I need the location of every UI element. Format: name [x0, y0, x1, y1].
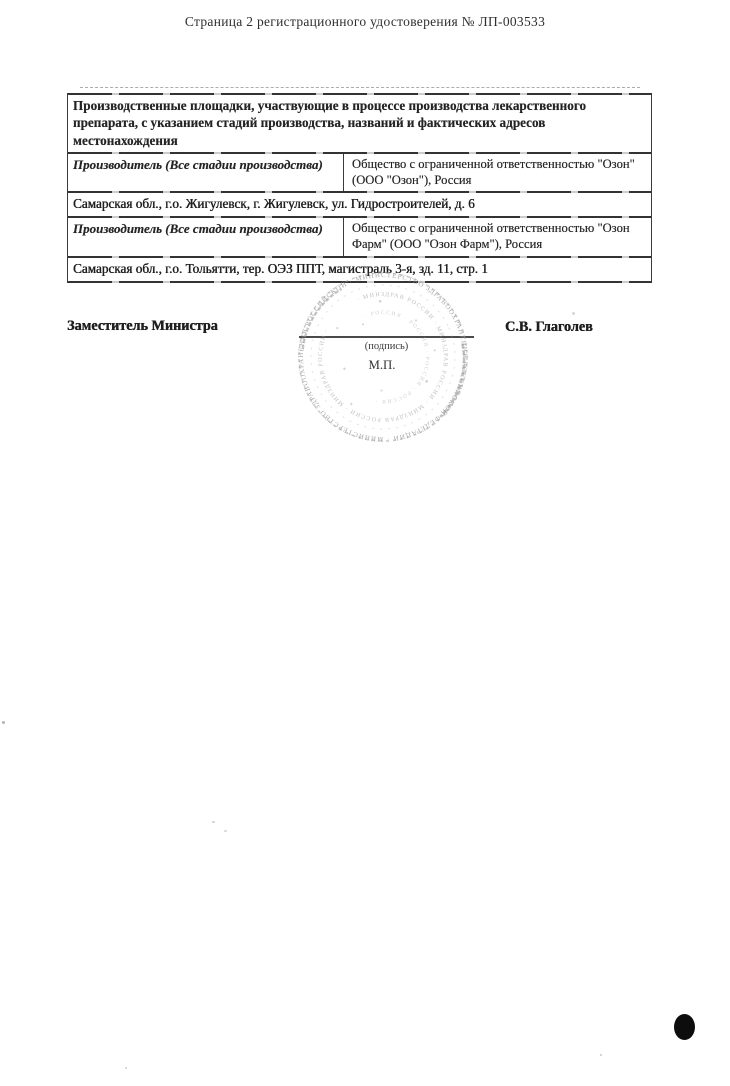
- table-row-address-1: Самарская обл., г.о. Жигулевск, г. Жигул…: [68, 193, 651, 216]
- production-sites-table: Производственные площадки, участвующие в…: [67, 93, 652, 283]
- scan-artifact-dashed-rule: [80, 87, 640, 88]
- scan-noise-speck: [2, 721, 5, 724]
- table-row-producer-1: Производитель (Все стадии производства) …: [68, 154, 651, 191]
- stamp-middle-border: [288, 262, 478, 452]
- page-header-line: Страница 2 регистрационного удостоверени…: [0, 14, 730, 30]
- punch-hole-mark: [674, 1014, 695, 1040]
- stamp-outer-border: [283, 257, 483, 457]
- signatory-name: С.В. Глаголев: [505, 319, 593, 336]
- producer-value-cell: Общество с ограниченной ответственностью…: [344, 218, 651, 255]
- scan-noise-speck: [125, 1067, 127, 1069]
- producer-label-cell: Производитель (Все стадии производства): [68, 218, 344, 255]
- scan-noise-speck: [212, 821, 215, 823]
- round-stamp-imprint: · МИНИСТЕРСТВО ЗДРАВООХРАНЕНИЯ РОССИЙСКО…: [283, 257, 483, 457]
- scan-noise-speck: [572, 312, 575, 315]
- scanned-document-page: { "page_header": { "text": "Страница 2 р…: [0, 0, 730, 1086]
- table-row-producer-2: Производитель (Все стадии производства) …: [68, 218, 651, 255]
- scan-noise-speck: [600, 1054, 602, 1056]
- producer-label-cell: Производитель (Все стадии производства): [68, 154, 344, 191]
- stamp-ring-text-outer: · МИНИСТЕРСТВО ЗДРАВООХРАНЕНИЯ РОССИЙСКО…: [283, 257, 483, 457]
- producer-value-cell: Общество с ограниченной ответственностью…: [344, 154, 651, 191]
- table-title-cell: Производственные площадки, участвующие в…: [68, 95, 651, 152]
- scan-noise-speck: [224, 830, 227, 832]
- signatory-position-title: Заместитель Министра: [67, 318, 218, 335]
